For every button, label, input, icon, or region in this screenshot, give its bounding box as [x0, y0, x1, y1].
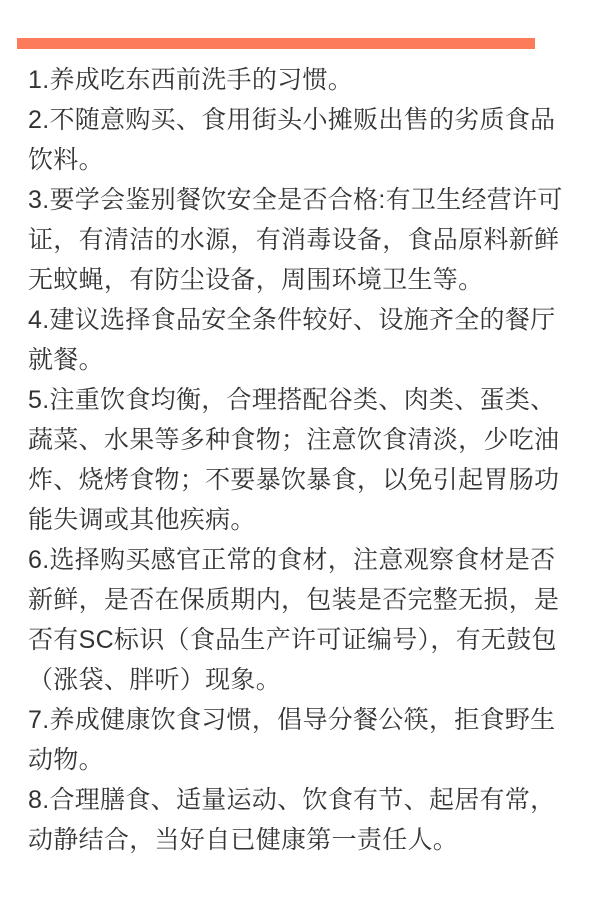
list-item: 5.注重饮食均衡，合理搭配谷类、肉类、蛋类、蔬菜、水果等多种食物；注意饮食清淡，… [28, 380, 580, 540]
tips-list: 1.养成吃东西前洗手的习惯。2.不随意购买、食用街头小摊贩出售的劣质食品饮料。3… [28, 60, 580, 860]
list-item-line: 无蚊蝇，有防尘设备，周围环境卫生等。 [28, 260, 580, 300]
list-item-line: 5.注重饮食均衡，合理搭配谷类、肉类、蛋类、 [28, 380, 580, 420]
list-item: 3.要学会鉴别餐饮安全是否合格:有卫生经营许可证，有清洁的水源，有消毒设备，食品… [28, 180, 580, 300]
list-item-line: 1.养成吃东西前洗手的习惯。 [28, 60, 580, 100]
top-divider-bar [17, 38, 535, 49]
list-item-line: 8.合理膳食、适量运动、饮食有节、起居有常， [28, 780, 580, 820]
list-item: 7.养成健康饮食习惯，倡导分餐公筷，拒食野生动物。 [28, 700, 580, 780]
list-item: 8.合理膳食、适量运动、饮食有节、起居有常，动静结合，当好自已健康第一责任人。 [28, 780, 580, 860]
list-item-line: 3.要学会鉴别餐饮安全是否合格:有卫生经营许可 [28, 180, 580, 220]
list-item-line: 动静结合，当好自已健康第一责任人。 [28, 820, 580, 860]
list-item-line: 4.建议选择食品安全条件较好、设施齐全的餐厅 [28, 300, 580, 340]
list-item: 4.建议选择食品安全条件较好、设施齐全的餐厅就餐。 [28, 300, 580, 380]
list-item-line: 证，有清洁的水源，有消毒设备，食品原料新鲜 [28, 220, 580, 260]
list-item-line: （涨袋、胖听）现象。 [28, 660, 580, 700]
list-item: 6.选择购买感官正常的食材，注意观察食材是否新鲜，是否在保质期内，包装是否完整无… [28, 540, 580, 700]
list-item-line: 新鲜，是否在保质期内，包装是否完整无损，是 [28, 580, 580, 620]
list-item-line: 饮料。 [28, 140, 580, 180]
list-item-line: 否有SC标识（食品生产许可证编号），有无鼓包 [28, 620, 580, 660]
list-item: 2.不随意购买、食用街头小摊贩出售的劣质食品饮料。 [28, 100, 580, 180]
list-item-line: 蔬菜、水果等多种食物；注意饮食清淡，少吃油 [28, 420, 580, 460]
list-item-line: 动物。 [28, 740, 580, 780]
list-item-line: 7.养成健康饮食习惯，倡导分餐公筷，拒食野生 [28, 700, 580, 740]
list-item-line: 能失调或其他疾病。 [28, 500, 580, 540]
article-page: 1.养成吃东西前洗手的习惯。2.不随意购买、食用街头小摊贩出售的劣质食品饮料。3… [0, 0, 600, 921]
list-item-line: 炸、烧烤食物；不要暴饮暴食，以免引起胃肠功 [28, 460, 580, 500]
list-item-line: 就餐。 [28, 340, 580, 380]
list-item: 1.养成吃东西前洗手的习惯。 [28, 60, 580, 100]
list-item-line: 6.选择购买感官正常的食材，注意观察食材是否 [28, 540, 580, 580]
list-item-line: 2.不随意购买、食用街头小摊贩出售的劣质食品 [28, 100, 580, 140]
